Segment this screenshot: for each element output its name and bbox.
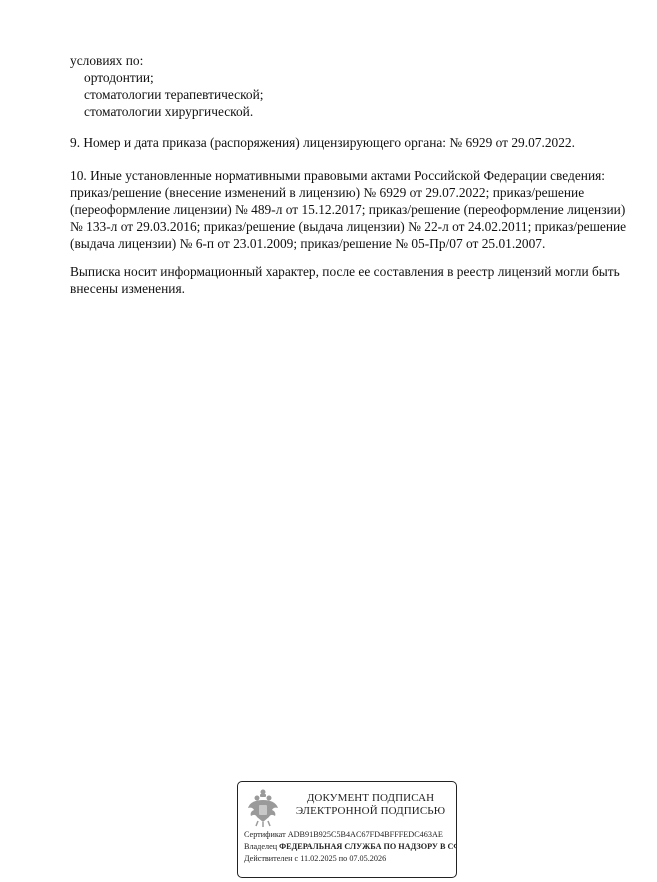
disclaimer-line: внесены изменения. (70, 280, 630, 297)
section-8-tail: условиях по: ортодонтии; стоматологии те… (70, 52, 630, 120)
stamp-title-line: ЭЛЕКТРОННОЙ ПОДПИСЬЮ (288, 805, 453, 818)
disclaimer: Выписка носит информационный характер, п… (70, 263, 630, 297)
disclaimer-line: Выписка носит информационный характер, п… (70, 263, 630, 280)
conditions-item: стоматологии хирургической. (70, 103, 630, 120)
conditions-intro: условиях по: (70, 52, 630, 69)
section-10: 10. Иные установленные нормативными прав… (70, 167, 630, 252)
section-10-line: (выдача лицензии) № 6-п от 23.01.2009; п… (70, 235, 630, 252)
electronic-signature-stamp: ДОКУМЕНТ ПОДПИСАН ЭЛЕКТРОННОЙ ПОДПИСЬЮ С… (237, 781, 457, 878)
conditions-item: стоматологии терапевтической; (70, 86, 630, 103)
russian-coat-of-arms-icon (246, 788, 280, 828)
section-10-line: 10. Иные установленные нормативными прав… (70, 167, 630, 184)
stamp-title: ДОКУМЕНТ ПОДПИСАН ЭЛЕКТРОННОЙ ПОДПИСЬЮ (288, 792, 453, 818)
validity-row: Действителен с 11.02.2025 по 07.05.2026 (244, 854, 386, 864)
conditions-item: ортодонтии; (70, 69, 630, 86)
section-9: 9. Номер и дата приказа (распоряжения) л… (70, 134, 630, 151)
owner-value: ФЕДЕРАЛЬНАЯ СЛУЖБА ПО НАДЗОРУ В СФЕРЕ ЗД… (279, 842, 457, 851)
section-10-line: (переоформление лицензии) № 489-л от 15.… (70, 201, 630, 218)
stamp-title-line: ДОКУМЕНТ ПОДПИСАН (288, 792, 453, 805)
certificate-row: Сертификат ADB91B925C5B4AC67FD4BFFFEDC46… (244, 830, 443, 840)
certificate-value: ADB91B925C5B4AC67FD4BFFFEDC463AE (288, 830, 443, 839)
section-10-line: приказ/решение (внесение изменений в лиц… (70, 184, 630, 201)
validity-label: Действителен (244, 854, 292, 863)
section-9-text: 9. Номер и дата приказа (распоряжения) л… (70, 134, 630, 151)
owner-row: Владелец ФЕДЕРАЛЬНАЯ СЛУЖБА ПО НАДЗОРУ В… (244, 842, 457, 852)
section-10-line: № 133-л от 29.03.2016; приказ/решение (в… (70, 218, 630, 235)
owner-label: Владелец (244, 842, 277, 851)
validity-value: с 11.02.2025 по 07.05.2026 (295, 854, 387, 863)
certificate-label: Сертификат (244, 830, 286, 839)
document-page: условиях по: ортодонтии; стоматологии те… (0, 0, 657, 882)
